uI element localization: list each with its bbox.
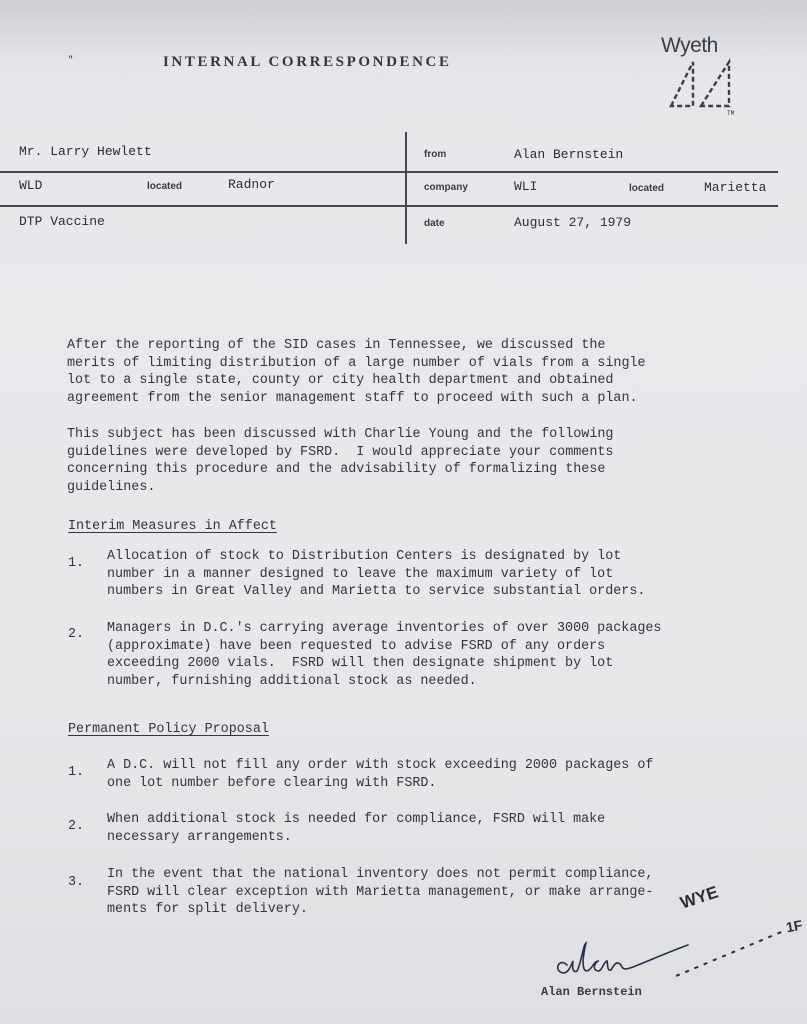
list-item-number: 1. bbox=[68, 765, 84, 780]
from-location-field: Marietta bbox=[704, 180, 766, 195]
date-label: date bbox=[424, 218, 445, 229]
to-department-field: WLD bbox=[19, 178, 42, 193]
list-item-number: 1. bbox=[68, 556, 84, 571]
section-heading-interim: Interim Measures in Affect bbox=[68, 519, 277, 534]
speck-mark: " bbox=[68, 55, 73, 65]
header-rule-2 bbox=[0, 205, 778, 207]
from-label: from bbox=[424, 149, 446, 160]
to-location-field: Radnor bbox=[228, 177, 275, 192]
from-located-label: located bbox=[629, 183, 664, 194]
subject-field: DTP Vaccine bbox=[19, 214, 105, 229]
memo-page: " INTERNAL CORRESPONDENCE Wyeth TM Mr. L… bbox=[0, 0, 807, 1024]
list-item-text: Managers in D.C.'s carrying average inve… bbox=[107, 620, 661, 690]
company-field: WLI bbox=[514, 179, 537, 194]
list-item-text: When additional stock is needed for comp… bbox=[107, 811, 605, 846]
list-item-number: 3. bbox=[68, 875, 84, 890]
to-located-label: located bbox=[147, 181, 182, 192]
from-field: Alan Bernstein bbox=[514, 147, 623, 162]
company-logo: Wyeth TM bbox=[657, 34, 742, 116]
trademark-mark: TM bbox=[727, 110, 734, 117]
header-divider-vertical bbox=[405, 132, 407, 244]
company-label: company bbox=[424, 182, 468, 193]
list-item-number: 2. bbox=[68, 819, 84, 834]
section-heading-permanent: Permanent Policy Proposal bbox=[68, 722, 269, 737]
body-paragraph-1: After the reporting of the SID cases in … bbox=[67, 337, 646, 407]
date-field: August 27, 1979 bbox=[514, 215, 631, 230]
list-item-number: 2. bbox=[68, 627, 84, 642]
to-field: Mr. Larry Hewlett bbox=[19, 144, 152, 159]
body-paragraph-2: This subject has been discussed with Cha… bbox=[67, 426, 613, 496]
signature-name: Alan Bernstein bbox=[541, 985, 642, 999]
logo-text: Wyeth bbox=[661, 34, 718, 58]
document-title: INTERNAL CORRESPONDENCE bbox=[163, 54, 452, 71]
wyeth-triangle-logo-icon bbox=[667, 56, 737, 112]
handwritten-signature bbox=[553, 935, 703, 985]
list-item-text: In the event that the national inventory… bbox=[107, 866, 653, 919]
list-item-text: A D.C. will not fill any order with stoc… bbox=[107, 757, 653, 792]
received-stamp: WYE bbox=[678, 883, 721, 914]
header-rule-1 bbox=[0, 171, 778, 173]
list-item-text: Allocation of stock to Distribution Cent… bbox=[107, 548, 645, 601]
